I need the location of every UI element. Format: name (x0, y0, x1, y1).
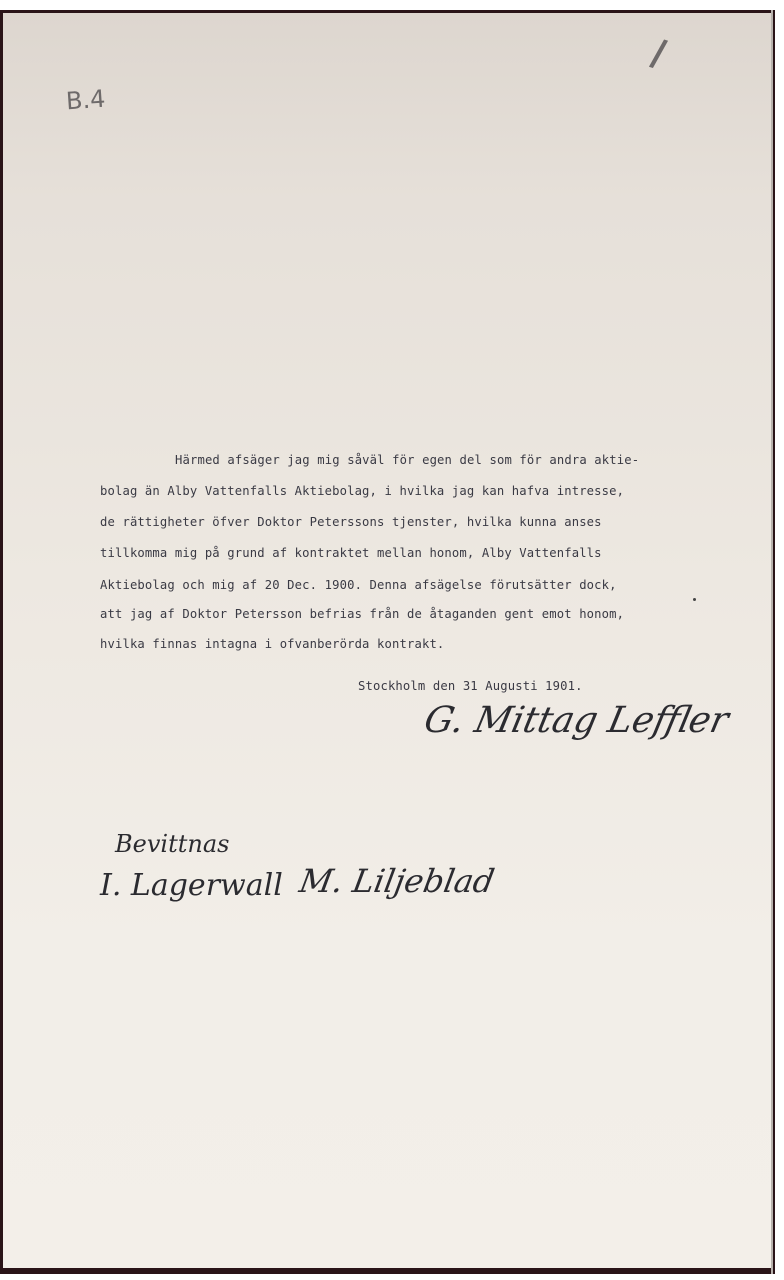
place-date: Stockholm den 31 Augusti 1901. (358, 679, 583, 693)
body-line-6: att jag af Doktor Petersson befrias från… (100, 607, 624, 621)
witness-label: Bevittnas (115, 830, 229, 858)
body-line-4: tillkomma mig på grund af kontraktet mel… (100, 546, 602, 560)
body-line-7: hvilka finnas intagna i ofvanberörda kon… (100, 637, 444, 651)
signature: G. Mittag Leffler (421, 700, 733, 741)
body-line-5: Aktiebolag och mig af 20 Dec. 1900. Denn… (100, 578, 617, 592)
body-line-2: bolag än Alby Vattenfalls Aktiebolag, i … (100, 484, 624, 498)
ink-speck (693, 598, 696, 601)
witness-signature-2: M. Liljeblad (297, 862, 498, 900)
body-line-3: de rättigheter öfver Doktor Peterssons t… (100, 515, 602, 529)
body-line-1: Härmed afsäger jag mig såväl för egen de… (175, 453, 639, 467)
witness-signature-1: I. Lagerwall (100, 868, 283, 903)
archive-mark: B.4 (65, 85, 106, 116)
page-edge (771, 10, 773, 1274)
